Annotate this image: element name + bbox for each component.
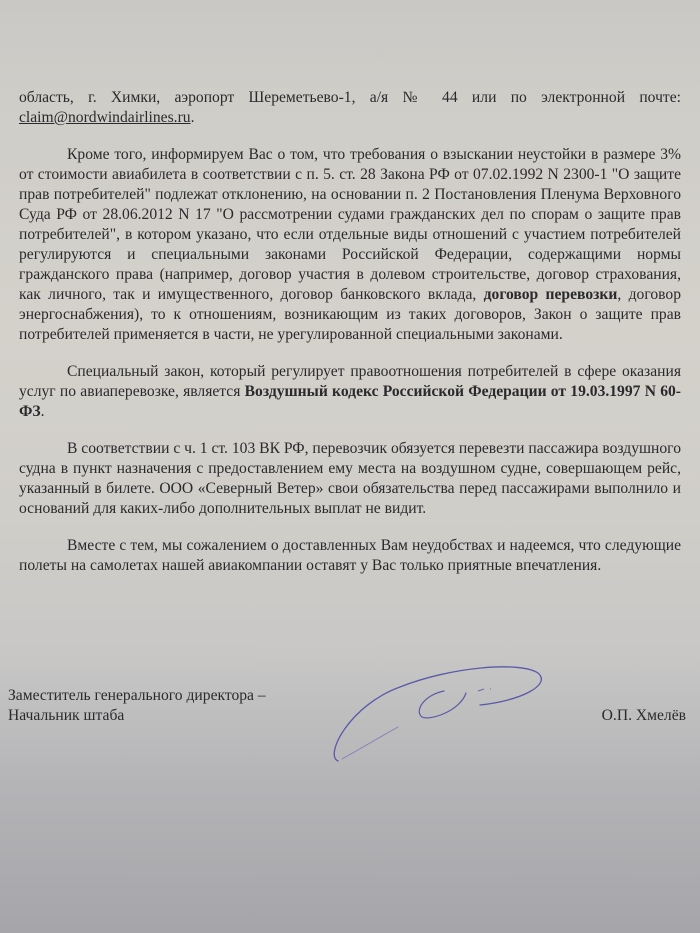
signatory-position: Заместитель генерального директора – Нач… <box>8 686 266 726</box>
position-line-1: Заместитель генерального директора – <box>8 686 266 706</box>
address-line: область, г. Химки, аэропорт Шереметьево-… <box>19 89 681 106</box>
paragraph-1-text-a: Кроме того, информируем Вас о том, что т… <box>19 146 681 303</box>
letter-body: область, г. Химки, аэропорт Шереметьево-… <box>19 88 681 593</box>
paragraph-penalty-claim: Кроме того, информируем Вас о том, что т… <box>19 145 681 345</box>
address-paragraph: область, г. Химки, аэропорт Шереметьево-… <box>19 88 681 128</box>
paragraph-special-law: Специальный закон, который регулирует пр… <box>19 362 681 422</box>
position-line-2: Начальник штаба <box>8 706 266 726</box>
handwritten-signature-icon <box>320 655 560 795</box>
email-suffix: . <box>191 109 195 126</box>
paragraph-apology: Вместе с тем, мы сожалением о доставленн… <box>19 536 681 576</box>
email-link[interactable]: claim@nordwindairlines.ru <box>19 109 191 126</box>
paragraph-1-bold: договор перевозки <box>484 286 618 303</box>
letter-page: область, г. Химки, аэропорт Шереметьево-… <box>0 0 700 933</box>
paragraph-2-text-b: . <box>41 403 45 420</box>
signatory-name: О.П. Хмелёв <box>602 706 686 726</box>
paragraph-carrier-obligation: В соответствии с ч. 1 ст. 103 ВК РФ, пер… <box>19 439 681 519</box>
